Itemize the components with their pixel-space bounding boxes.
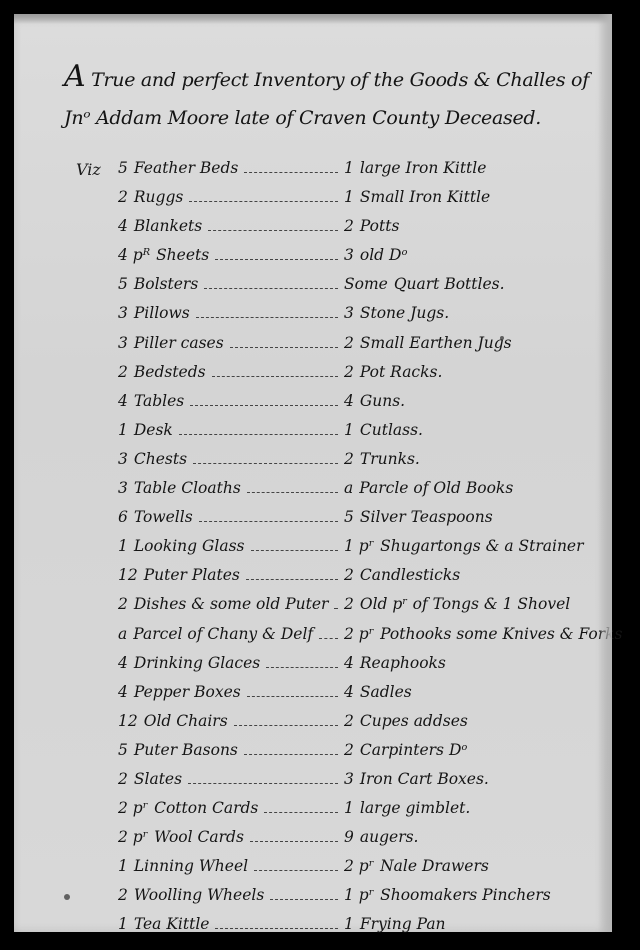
dotted-leader-line: [230, 346, 338, 348]
dotted-leader-line: [254, 869, 338, 871]
entry-item: Towells: [134, 503, 193, 532]
inventory-entry: 2 pʳCotton Cards: [118, 794, 340, 823]
inventory-entry: 12Old Chairs: [118, 707, 340, 736]
entry-item: Reaphooks: [360, 649, 446, 678]
dotted-leader-line: [250, 840, 338, 842]
inventory-entry: 2Slates: [118, 765, 340, 794]
dotted-leader-line: [270, 898, 338, 900]
dotted-leader-line: [190, 404, 338, 406]
entry-quantity: 12: [118, 561, 138, 590]
entry-quantity: 5: [118, 736, 128, 765]
entry-item: Linning Wheel: [134, 852, 248, 881]
entry-quantity: 1: [344, 183, 354, 212]
dotted-leader-line: [247, 695, 338, 697]
entry-item: Dishes & some old Puter: [134, 590, 329, 619]
title-line-2: Jnᵒ Addam Moore late of Craven County De…: [64, 99, 604, 137]
entry-item: Iron Cart Boxes.: [360, 765, 489, 794]
right-inventory-column: 1large Iron Kittle1Small Iron Kittle2Pot…: [340, 154, 620, 940]
inventory-entry: 3old Dᵒ: [340, 241, 620, 270]
entry-quantity: 1: [344, 910, 354, 939]
entry-item: Tea Kittle: [134, 910, 210, 939]
entry-quantity: 1: [344, 794, 354, 823]
inventory-entry: 4Sadles: [340, 678, 620, 707]
entry-item: Cotton Cards: [154, 794, 258, 823]
entry-item: Frying Pan: [360, 910, 446, 939]
inventory-entry: 2Woolling Wheels: [118, 881, 340, 910]
inventory-entry: 4Blankets: [118, 212, 340, 241]
entry-quantity: 3: [118, 299, 128, 328]
inventory-entry: 5Silver Teaspoons: [340, 503, 620, 532]
inventory-entry: 1Frying Pan: [340, 910, 620, 939]
entry-item: Parcel of Chany & Delf: [133, 620, 313, 649]
inventory-entry: 1Small Iron Kittle: [340, 183, 620, 212]
inventory-entry: 3Piller cases: [118, 329, 340, 358]
inventory-entry: 2Trunks.: [340, 445, 620, 474]
entry-item: Quart Bottles.: [394, 270, 505, 299]
ink-blot: [64, 894, 70, 900]
entry-item: Nale Drawers: [380, 852, 489, 881]
entry-item: Old pʳ of Tongs & 1 Shovel: [360, 590, 570, 619]
manuscript-page: A True and perfect Inventory of the Good…: [14, 14, 612, 932]
entry-item: Woolling Wheels: [134, 881, 264, 910]
inventory-entry: 1Looking Glass: [118, 532, 340, 561]
entry-quantity: 3: [118, 474, 128, 503]
inventory-entry: aParcle of Old Books: [340, 474, 620, 503]
entry-quantity: 2: [344, 561, 354, 590]
entry-quantity: 2 pʳ: [118, 823, 148, 852]
entry-quantity: 3: [118, 445, 128, 474]
entry-quantity: 3: [344, 765, 354, 794]
entry-quantity: 9: [344, 823, 354, 852]
entry-item: Carpinters Dᵒ: [360, 736, 467, 765]
entry-quantity: 2: [344, 329, 354, 358]
dotted-leader-line: [212, 375, 338, 377]
inventory-entry: 3Iron Cart Boxes.: [340, 765, 620, 794]
entry-item: Pot Racks.: [360, 358, 443, 387]
dotted-leader-line: [179, 433, 338, 435]
inventory-entry: 5Puter Basons: [118, 736, 340, 765]
inventory-entry: 2Dishes & some old Puter: [118, 590, 340, 619]
entry-quantity: a: [118, 620, 127, 649]
entry-item: Silver Teaspoons: [360, 503, 493, 532]
entry-item: Bolsters: [134, 270, 198, 299]
dotted-leader-line: [215, 258, 338, 260]
entry-quantity: 1: [118, 532, 128, 561]
dotted-leader-line: [196, 316, 338, 318]
entry-item: Sheets: [156, 241, 209, 270]
dotted-leader-line: [204, 287, 338, 289]
dotted-leader-line: [188, 782, 338, 784]
inventory-entry: 2Candlesticks: [340, 561, 620, 590]
inventory-entry: 2 pʳWool Cards: [118, 823, 340, 852]
inventory-entry: 2Pot Racks.: [340, 358, 620, 387]
entry-item: Slates: [134, 765, 182, 794]
inventory-entry: 3Table Cloaths: [118, 474, 340, 503]
entry-quantity: 1: [344, 154, 354, 183]
entry-item: Tables: [134, 387, 184, 416]
dotted-leader-line: [208, 229, 338, 231]
entry-quantity: 3: [118, 329, 128, 358]
entry-quantity: 5: [344, 503, 354, 532]
dotted-leader-line: [319, 637, 338, 639]
entry-quantity: 2: [118, 183, 128, 212]
entry-item: Pothooks some Knives & Forks: [380, 620, 622, 649]
inventory-entry: 1Desk: [118, 416, 340, 445]
title-line-1: A True and perfect Inventory of the Good…: [64, 58, 604, 99]
entry-quantity: 1 pʳ: [344, 881, 374, 910]
entry-item: Trunks.: [360, 445, 420, 474]
inventory-entry: 1 pʳShoomakers Pinchers: [340, 881, 620, 910]
dotted-leader-line: [264, 811, 338, 813]
dotted-leader-line: [189, 200, 338, 202]
entry-quantity: 1: [118, 852, 128, 881]
entry-quantity: 12: [118, 707, 138, 736]
ink-blot: [500, 336, 504, 340]
inventory-entry: 2 pʳNale Drawers: [340, 852, 620, 881]
entry-item: Guns.: [360, 387, 405, 416]
inventory-entry: 1Linning Wheel: [118, 852, 340, 881]
entry-quantity: 4: [344, 678, 354, 707]
entry-item: Candlesticks: [360, 561, 460, 590]
entry-item: augers.: [360, 823, 419, 852]
inventory-entry: aParcel of Chany & Delf: [118, 620, 340, 649]
inventory-entry: 2Potts: [340, 212, 620, 241]
entry-quantity: 4: [118, 387, 128, 416]
dotted-leader-line: [334, 607, 338, 609]
title-initial: A: [64, 59, 85, 94]
entry-quantity: 2: [344, 590, 354, 619]
dotted-leader-line: [234, 724, 338, 726]
entry-quantity: 2: [118, 590, 128, 619]
dotted-leader-line: [193, 462, 338, 464]
entry-item: Potts: [360, 212, 400, 241]
entry-item: Puter Basons: [134, 736, 238, 765]
entry-item: Small Earthen Jugs: [360, 329, 512, 358]
entry-quantity: 4: [118, 649, 128, 678]
entry-quantity: 5: [118, 270, 128, 299]
entry-item: Shoomakers Pinchers: [380, 881, 551, 910]
entry-item: Looking Glass: [134, 532, 245, 561]
entry-quantity: 4: [118, 212, 128, 241]
entry-quantity: 2: [118, 358, 128, 387]
entry-quantity: 2: [344, 212, 354, 241]
title-line-1-text: True and perfect Inventory of the Goods …: [91, 69, 589, 91]
entry-item: Pepper Boxes: [134, 678, 241, 707]
entry-item: Wool Cards: [154, 823, 244, 852]
entry-item: Piller cases: [134, 329, 224, 358]
inventory-entry: 2Carpinters Dᵒ: [340, 736, 620, 765]
viz-label: Viz: [76, 160, 101, 179]
left-inventory-column: 5Feather Beds2Ruggs4Blankets4 pᴿSheets5B…: [118, 154, 340, 940]
entry-quantity: 2 pʳ: [344, 852, 374, 881]
inventory-title: A True and perfect Inventory of the Good…: [64, 58, 604, 137]
entry-item: large gimblet.: [360, 794, 470, 823]
entry-item: Ruggs: [134, 183, 183, 212]
dotted-leader-line: [215, 927, 338, 929]
inventory-entry: 3Chests: [118, 445, 340, 474]
entry-quantity: 2: [344, 707, 354, 736]
inventory-entry: 4Pepper Boxes: [118, 678, 340, 707]
inventory-entry: 2 pʳPothooks some Knives & Forks: [340, 620, 620, 649]
entry-item: Bedsteds: [134, 358, 206, 387]
entry-quantity: 2: [344, 445, 354, 474]
inventory-entry: 4Drinking Glaces: [118, 649, 340, 678]
entry-item: Drinking Glaces: [134, 649, 260, 678]
entry-item: Puter Plates: [144, 561, 240, 590]
inventory-entry: 3Pillows: [118, 299, 340, 328]
entry-quantity: 2: [118, 881, 128, 910]
entry-item: Feather Beds: [134, 154, 238, 183]
entry-quantity: 3: [344, 241, 354, 270]
inventory-entry: 1large gimblet.: [340, 794, 620, 823]
entry-item: Cupes addses: [360, 707, 468, 736]
entry-item: Pillows: [134, 299, 190, 328]
entry-quantity: 1: [118, 416, 128, 445]
dotted-leader-line: [244, 753, 338, 755]
entry-quantity: a: [344, 474, 353, 503]
entry-item: Sadles: [360, 678, 412, 707]
inventory-entry: 5Bolsters: [118, 270, 340, 299]
entry-quantity: 2: [344, 736, 354, 765]
entry-quantity: 2 pʳ: [118, 794, 148, 823]
dotted-leader-line: [199, 520, 338, 522]
entry-item: Desk: [134, 416, 173, 445]
inventory-entry: 2Small Earthen Jugs: [340, 329, 620, 358]
inventory-entry: 4Guns.: [340, 387, 620, 416]
entry-item: Chests: [134, 445, 187, 474]
entry-item: Small Iron Kittle: [360, 183, 490, 212]
dotted-leader-line: [246, 578, 338, 580]
entry-quantity: 4: [118, 678, 128, 707]
entry-item: Stone Jugs.: [360, 299, 449, 328]
entry-item: Blankets: [134, 212, 202, 241]
entry-item: Shugartongs & a Strainer: [380, 532, 583, 561]
entry-quantity: 4: [344, 387, 354, 416]
entry-quantity: 3: [344, 299, 354, 328]
inventory-entry: 3Stone Jugs.: [340, 299, 620, 328]
entry-quantity: 4: [344, 649, 354, 678]
inventory-entry: 2Bedsteds: [118, 358, 340, 387]
entry-item: Old Chairs: [144, 707, 228, 736]
inventory-entry: 5Feather Beds: [118, 154, 340, 183]
entry-quantity: 5: [118, 154, 128, 183]
entry-item: Parcle of Old Books: [359, 474, 513, 503]
inventory-entry: 4Reaphooks: [340, 649, 620, 678]
entry-item: Cutlass.: [360, 416, 423, 445]
dotted-leader-line: [247, 491, 338, 493]
entry-quantity: Some: [344, 270, 388, 299]
inventory-entry: 1 pʳShugartongs & a Strainer: [340, 532, 620, 561]
entry-item: large Iron Kittle: [360, 154, 487, 183]
inventory-entry: 1Tea Kittle: [118, 910, 340, 939]
inventory-entry: 1Cutlass.: [340, 416, 620, 445]
entry-quantity: 2: [344, 358, 354, 387]
entry-quantity: 6: [118, 503, 128, 532]
inventory-entry: 12Puter Plates: [118, 561, 340, 590]
inventory-entry: 6Towells: [118, 503, 340, 532]
inventory-entry: SomeQuart Bottles.: [340, 270, 620, 299]
entry-quantity: 2 pʳ: [344, 620, 374, 649]
dotted-leader-line: [244, 171, 338, 173]
entry-item: old Dᵒ: [360, 241, 408, 270]
dotted-leader-line: [266, 666, 338, 668]
inventory-entry: 9augers.: [340, 823, 620, 852]
entry-quantity: 1: [118, 910, 128, 939]
entry-quantity: 2: [118, 765, 128, 794]
inventory-entry: 4 pᴿSheets: [118, 241, 340, 270]
entry-quantity: 1 pʳ: [344, 532, 374, 561]
dotted-leader-line: [251, 549, 338, 551]
inventory-entry: 4Tables: [118, 387, 340, 416]
inventory-entry: 2Cupes addses: [340, 707, 620, 736]
entry-quantity: 1: [344, 416, 354, 445]
entry-item: Table Cloaths: [134, 474, 241, 503]
inventory-entry: 2Old pʳ of Tongs & 1 Shovel: [340, 590, 620, 619]
inventory-entry: 2Ruggs: [118, 183, 340, 212]
entry-quantity: 4 pᴿ: [118, 241, 150, 270]
inventory-entry: 1large Iron Kittle: [340, 154, 620, 183]
